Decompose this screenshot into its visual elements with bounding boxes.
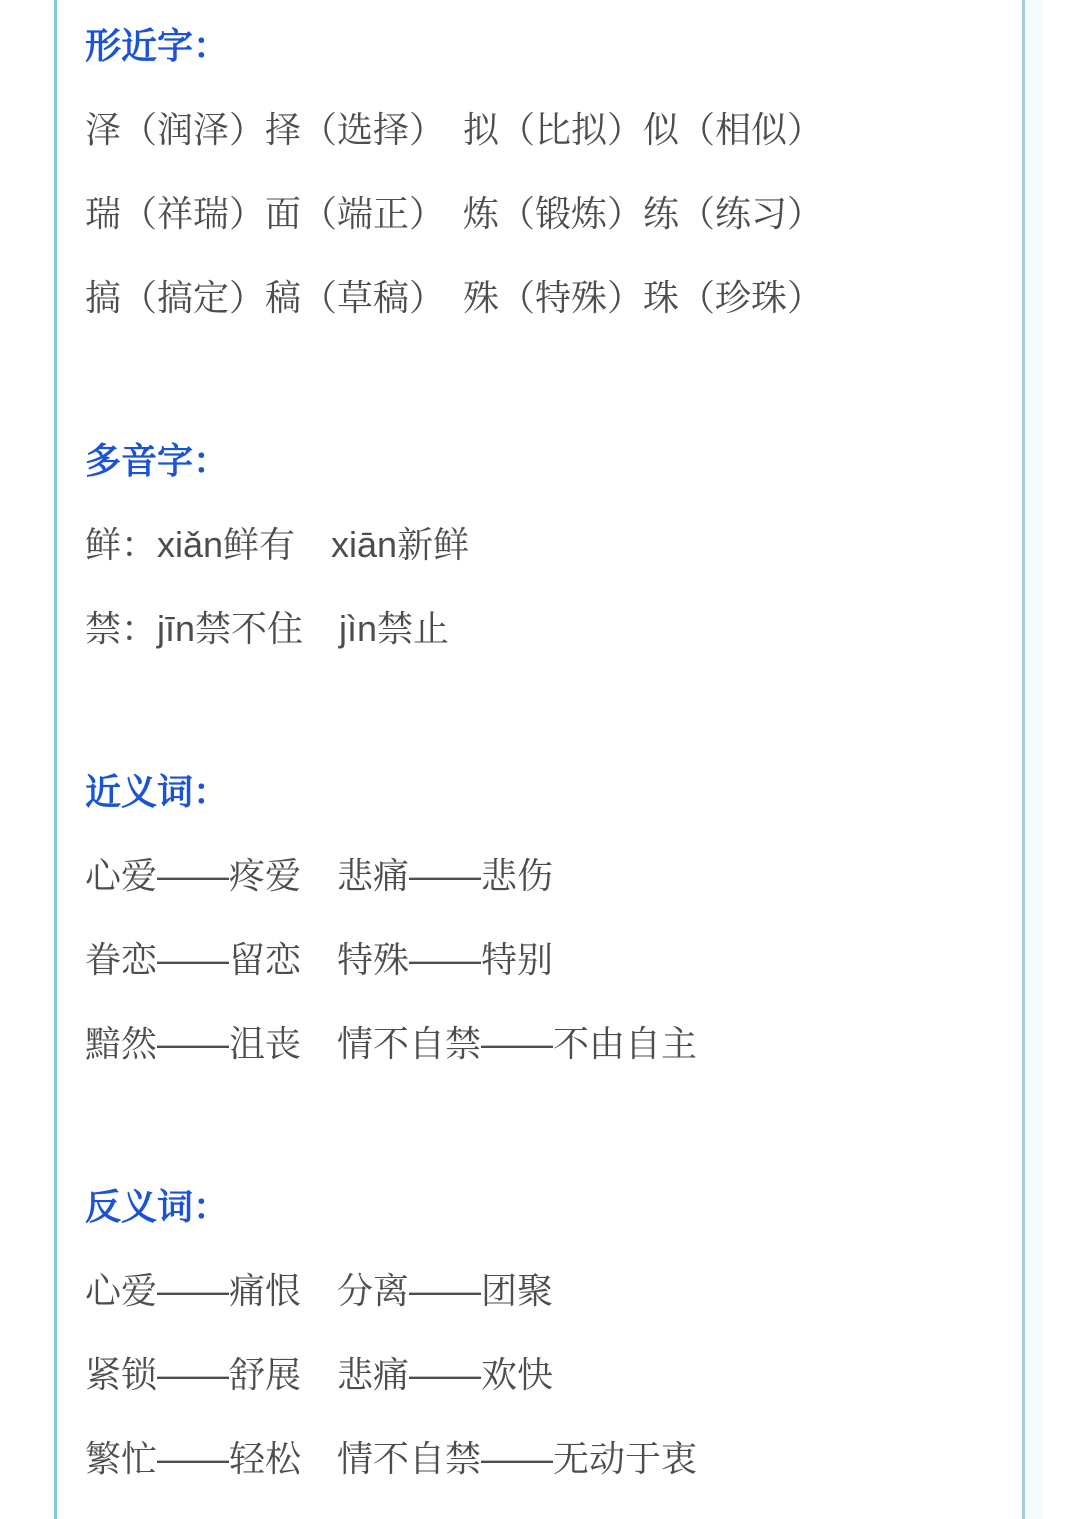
text-line: 心爱——痛恨 分离——团聚: [85, 1249, 1009, 1333]
right-border-wash: [1025, 0, 1043, 1519]
notes-page: 形近字： 泽（润泽）择（选择） 拟（比拟）似（相似） 瑞（祥瑞）面（端正） 炼（…: [0, 0, 1079, 1519]
text-line: 鲜：xiǎn鲜有 xiān新鲜: [85, 503, 1009, 587]
section-synonyms: 近义词： 心爱——疼爱 悲痛——悲伤 眷恋——留恋 特殊——特别 黯然——沮丧 …: [85, 750, 1009, 1086]
left-border-line: [54, 0, 57, 1519]
section-heading-antonyms: 反义词：: [85, 1165, 1009, 1249]
text-line: 心爱——疼爱 悲痛——悲伤: [85, 834, 1009, 918]
section-antonyms: 反义词： 心爱——痛恨 分离——团聚 紧锁——舒展 悲痛——欢快 繁忙——轻松 …: [85, 1165, 1009, 1501]
text-line: 眷恋——留恋 特殊——特别: [85, 918, 1009, 1002]
text-line: 黯然——沮丧 情不自禁——不由自主: [85, 1002, 1009, 1086]
right-border-line: [1022, 0, 1025, 1519]
section-heading-similar-characters: 形近字：: [85, 4, 1009, 88]
section-similar-characters: 形近字： 泽（润泽）择（选择） 拟（比拟）似（相似） 瑞（祥瑞）面（端正） 炼（…: [85, 4, 1009, 340]
text-line: 禁：jīn禁不住 jìn禁止: [85, 587, 1009, 671]
text-line: 瑞（祥瑞）面（端正） 炼（锻炼）练（练习）: [85, 172, 1009, 256]
section-polyphonic-characters: 多音字： 鲜：xiǎn鲜有 xiān新鲜 禁：jīn禁不住 jìn禁止: [85, 419, 1009, 671]
section-heading-polyphonic-characters: 多音字：: [85, 419, 1009, 503]
text-line: 繁忙——轻松 情不自禁——无动于衷: [85, 1417, 1009, 1501]
text-line: 搞（搞定）稿（草稿） 殊（特殊）珠（珍珠）: [85, 256, 1009, 340]
text-line: 泽（润泽）择（选择） 拟（比拟）似（相似）: [85, 88, 1009, 172]
notes-content: 形近字： 泽（润泽）择（选择） 拟（比拟）似（相似） 瑞（祥瑞）面（端正） 炼（…: [85, 4, 1009, 1501]
text-line: 紧锁——舒展 悲痛——欢快: [85, 1333, 1009, 1417]
section-heading-synonyms: 近义词：: [85, 750, 1009, 834]
